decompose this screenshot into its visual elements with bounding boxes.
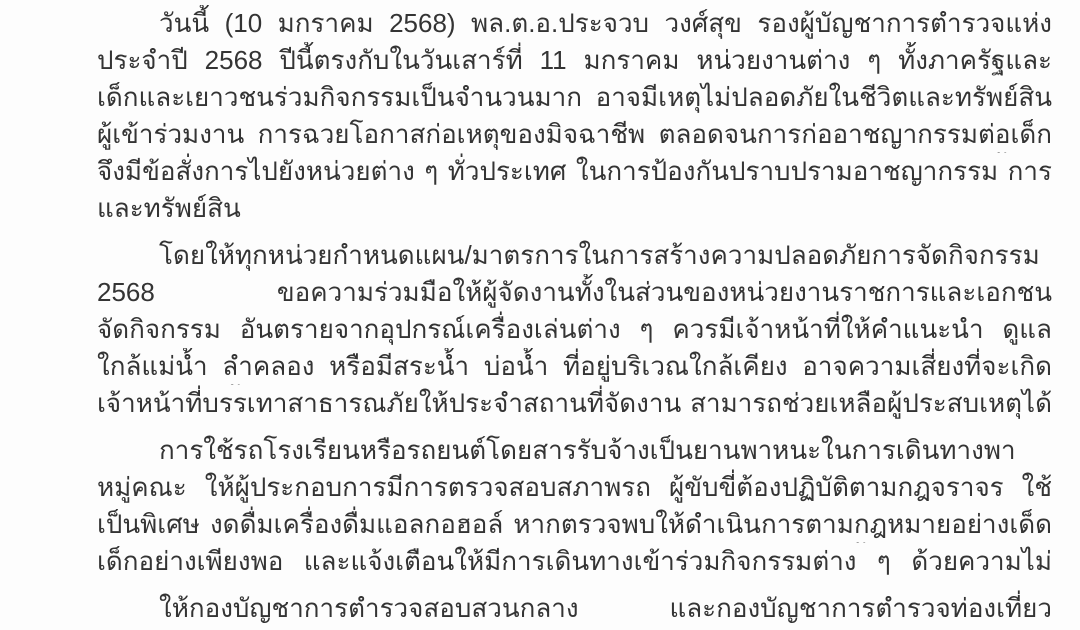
text-line: เด็กอย่างเพียงพอ และแจ้งเตือนให้มีการเดิ…	[97, 543, 1052, 580]
text-line: วันนี้ (10 มกราคม 2568) พล.ต.อ.ประจวบ วง…	[97, 5, 1052, 42]
text-line: เจ้าหน้าที่บรรเทาสาธารณภัยให้ประจำสถานที…	[97, 385, 1052, 422]
text-line: เป็นพิเศษ งดดื่มเครื่องดื่มแอลกอฮอล์ หาก…	[97, 506, 1052, 543]
text-line: จึงมีข้อสั่งการไปยังหน่วยต่าง ๆ ทั่วประเ…	[97, 153, 1052, 190]
text-line: ให้กองบัญชาการตำรวจสอบสวนกลาง และกองบัญช…	[97, 590, 1052, 627]
document-body: วันนี้ (10 มกราคม 2568) พล.ต.อ.ประจวบ วง…	[97, 5, 1052, 627]
paragraph: ให้กองบัญชาการตำรวจสอบสวนกลาง และกองบัญช…	[97, 590, 1052, 627]
text-line: 2568 ขอความร่วมมือให้ผู้จัดงานทั้งในส่วน…	[97, 274, 1052, 311]
text-line: ประจำปี 2568 ปีนี้ตรงกับในวันเสาร์ที่ 11…	[97, 42, 1052, 79]
text-line: ผู้เข้าร่วมงาน การฉวยโอกาสก่อเหตุของมิจฉ…	[97, 116, 1052, 153]
text-line: จัดกิจกรรม อันตรายจากอุปกรณ์เครื่องเล่นต…	[97, 311, 1052, 348]
paragraph: วันนี้ (10 มกราคม 2568) พล.ต.อ.ประจวบ วง…	[97, 5, 1052, 227]
text-line: และทรัพย์สิน	[97, 190, 1052, 227]
text-line: หมู่คณะ ให้ผู้ประกอบการมีการตรวจสอบสภาพร…	[97, 469, 1052, 506]
text-line: การใช้รถโรงเรียนหรือรถยนต์โดยสารรับจ้างเ…	[97, 432, 1052, 469]
document-page: วันนี้ (10 มกราคม 2568) พล.ต.อ.ประจวบ วง…	[0, 0, 1080, 630]
text-line: โดยให้ทุกหน่วยกำหนดแผน/มาตรการในการสร้าง…	[97, 237, 1052, 274]
text-line: ใกล้แม่น้ำ ลำคลอง หรือมีสระน้ำ บ่อน้ำ ที…	[97, 348, 1052, 385]
paragraph: การใช้รถโรงเรียนหรือรถยนต์โดยสารรับจ้างเ…	[97, 432, 1052, 580]
paragraph: โดยให้ทุกหน่วยกำหนดแผน/มาตรการในการสร้าง…	[97, 237, 1052, 422]
text-line: เด็กและเยาวชนร่วมกิจกรรมเป็นจำนวนมาก อาจ…	[97, 79, 1052, 116]
